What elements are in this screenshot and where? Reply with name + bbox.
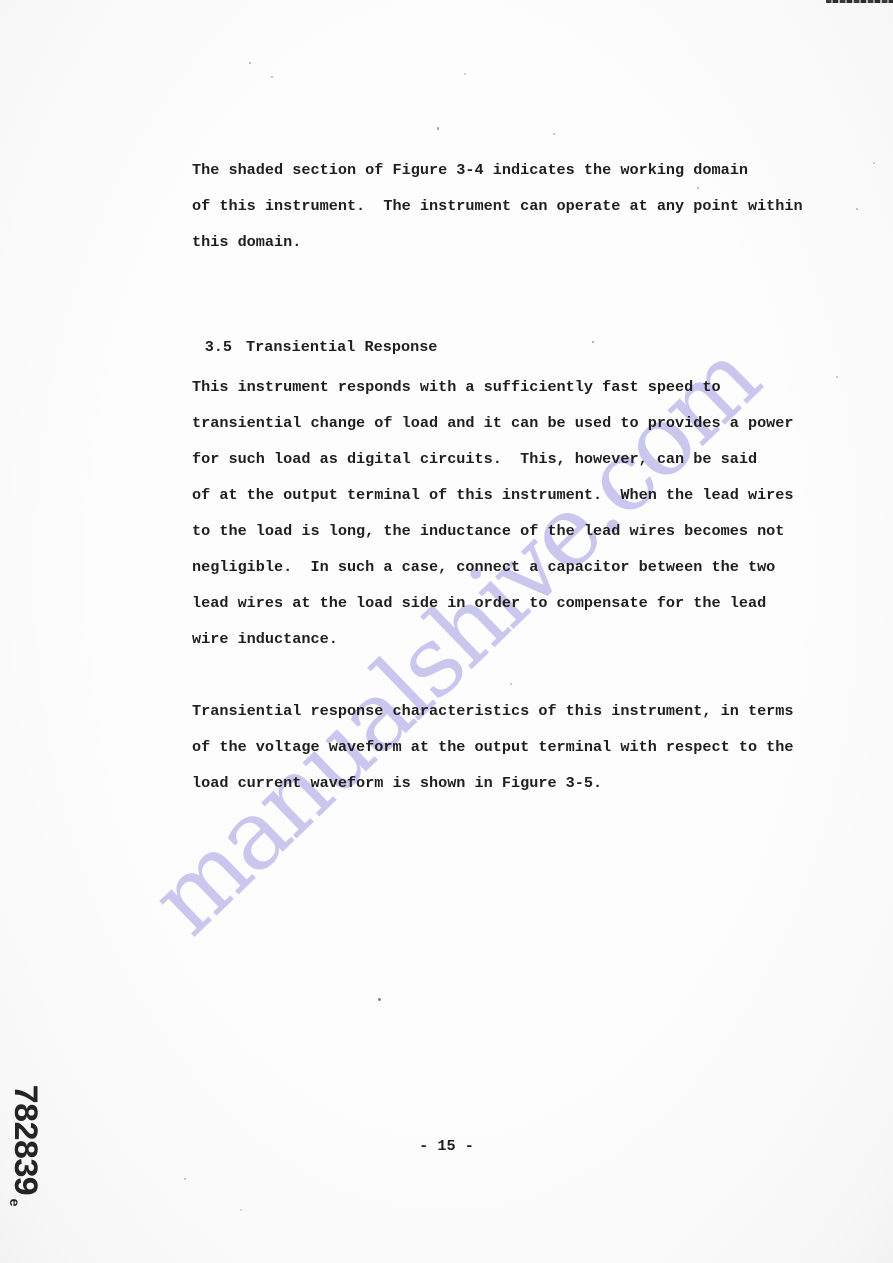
text-line: lead wires at the load side in order to …: [192, 585, 794, 621]
serial-suffix: e: [5, 1198, 21, 1206]
text-line: wire inductance.: [192, 621, 794, 657]
text-line: This instrument responds with a sufficie…: [192, 369, 794, 405]
text-line: to the load is long, the inductance of t…: [192, 513, 794, 549]
document-text-layer: The shaded section of Figure 3-4 indicat…: [0, 0, 893, 1263]
text-line: of this instrument. The instrument can o…: [192, 188, 803, 224]
section-number: 3.5: [205, 338, 232, 356]
edge-serial-number: 782839e: [12, 1084, 42, 1234]
text-line: of at the output terminal of this instru…: [192, 477, 794, 513]
text-line: this domain.: [192, 224, 803, 260]
text-line: The shaded section of Figure 3-4 indicat…: [192, 152, 803, 188]
text-line: of the voltage waveform at the output te…: [192, 729, 794, 765]
paragraph-transient-response: This instrument responds with a sufficie…: [192, 369, 794, 657]
serial-digits: 782839: [4, 1084, 42, 1194]
paragraph-working-domain: The shaded section of Figure 3-4 indicat…: [192, 152, 803, 260]
page-number: - 15 -: [0, 1134, 893, 1158]
text-line: negligible. In such a case, connect a ca…: [192, 549, 794, 585]
text-line: load current waveform is shown in Figure…: [192, 765, 794, 801]
section-title: Transiential Response: [246, 338, 437, 356]
text-line: for such load as digital circuits. This,…: [192, 441, 794, 477]
text-line: Transiential response characteristics of…: [192, 693, 794, 729]
text-line: transiential change of load and it can b…: [192, 405, 794, 441]
scan-streak-artifact: [826, 0, 893, 3]
scanned-manual-page: manualshive.com The shaded section of Fi…: [0, 0, 893, 1263]
paragraph-figure-reference: Transiential response characteristics of…: [192, 693, 794, 801]
